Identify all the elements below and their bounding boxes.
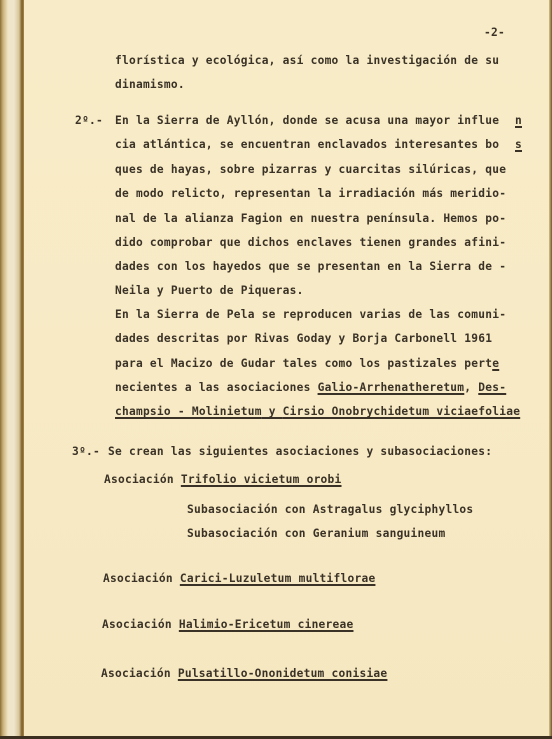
association-label: Asociación <box>102 618 179 631</box>
pela-line: dades descritas por Rivas Goday y Borja … <box>115 332 492 346</box>
text-run: En la Sierra de Ayllón, donde se acusa u… <box>115 114 499 127</box>
association-name: champsio - Molinietum <box>115 405 262 418</box>
association-label: Asociación <box>104 473 181 486</box>
section-2-line: Neila y Puerto de Piqueras. <box>115 284 304 298</box>
pela-line: En la Sierra de Pela se reproducen varia… <box>115 308 506 322</box>
section-2-line: ques de hayas, sobre pizarras y cuarcita… <box>115 163 506 177</box>
hyphen-tail: n <box>515 114 522 128</box>
hyphen-tail: s <box>515 138 522 152</box>
association-label: Asociación <box>101 667 178 680</box>
section-2-line: de modo relicto, representan la irradiac… <box>115 187 506 201</box>
pela-line: champsio - Molinietum y Cirsio Onobrychi… <box>115 405 520 419</box>
intro-line: dinamismo. <box>115 78 185 92</box>
section-2-line: nal de la alianza Fagion en nuestra pení… <box>115 212 506 226</box>
book-spine <box>0 0 24 739</box>
text-run: necientes a las asociaciones <box>115 381 318 394</box>
association-entry: Asociación Carici-Luzuletum multiflorae <box>103 572 375 586</box>
association-name: Pulsatillo-Ononidetum conisiae <box>178 667 388 680</box>
text-run: para el Macizo de Gudar tales como los p… <box>115 357 492 370</box>
subassociation-entry: Subasociación con Astragalus glyciphyllo… <box>187 503 473 517</box>
association-name: Carici-Luzuletum multiflorae <box>180 572 376 585</box>
association-entry: Asociación Pulsatillo-Ononidetum conisia… <box>101 667 387 681</box>
text-run: y <box>262 405 283 418</box>
text-run: , <box>464 381 478 394</box>
association-name: Trifolio vicietum orobi <box>181 473 342 486</box>
subassociation-entry: Subasociación con Geranium sanguineum <box>187 527 445 541</box>
association-name: Galio-Arrhenatheretum <box>318 381 465 394</box>
pela-line: para el Macizo de Gudar tales como los p… <box>115 357 499 371</box>
association-entry: Asociación Trifolio vicietum orobi <box>104 473 342 487</box>
section-3-marker: 3º.- <box>72 445 100 459</box>
association-name: Cirsio Onobrychidetum viciaefoliae <box>283 405 521 418</box>
pela-line: necientes a las asociaciones Galio-Arrhe… <box>115 381 506 395</box>
section-2-marker: 2º.- <box>75 114 103 128</box>
intro-line: florística y ecológica, así como la inve… <box>115 54 499 68</box>
section-2-line: cia atlántica, se encuentran enclavados … <box>115 138 499 152</box>
association-name: Halimio-Ericetum cinereae <box>179 618 354 631</box>
association-label: Asociación <box>103 572 180 585</box>
hyphen-tail: e <box>492 357 499 370</box>
section-2-line: dido comprobar que dichos enclaves tiene… <box>115 236 506 250</box>
association-name: Des- <box>478 381 506 394</box>
section-2-line: En la Sierra de Ayllón, donde se acusa u… <box>115 114 499 128</box>
section-2-line: dades con los hayedos que se presentan e… <box>115 260 506 274</box>
section-3-heading: Se crean las siguientes asociaciones y s… <box>108 445 492 459</box>
association-entry: Asociación Halimio-Ericetum cinereae <box>102 618 353 632</box>
page-number: -2- <box>484 26 505 40</box>
